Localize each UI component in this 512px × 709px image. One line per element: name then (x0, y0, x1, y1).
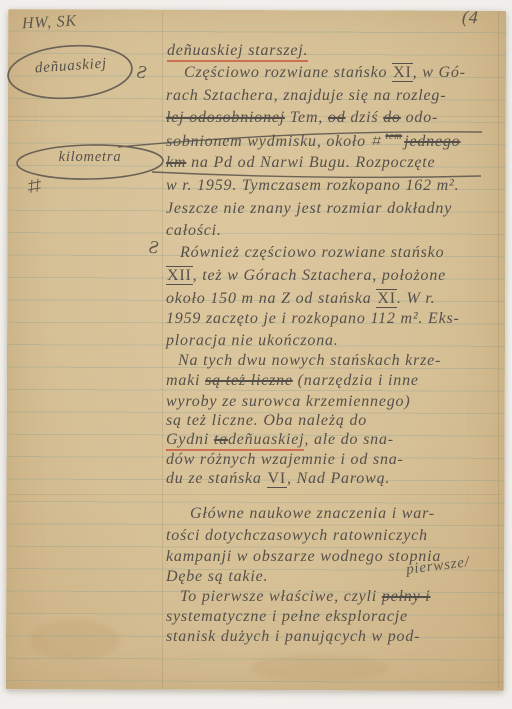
fold-crease-horizontal-bottom (8, 494, 502, 495)
paragraph-mark-2: Ƨ (149, 238, 159, 258)
text-segment: du ze stańska (166, 470, 267, 487)
paper-stain (30, 620, 120, 660)
paper-stain (250, 655, 390, 681)
text-segment: dów różnych wzajemnie i od sna- (166, 451, 404, 468)
text-segment: systematyczne i pełne eksploracje (166, 608, 408, 625)
text-segment: na Pd od Narwi Bugu. Rozpoczęte (186, 154, 435, 171)
manuscript-line: w r. 1959. Tymczasem rozkopano 162 m². (166, 177, 459, 195)
text-segment: . W r. (397, 290, 436, 307)
text-segment: XII (166, 266, 193, 285)
text-segment: są też liczne. Oba należą do (166, 412, 367, 429)
text-segment: kampanji w obszarze wodnego stopnia (166, 548, 441, 565)
text-segment: XI (376, 289, 396, 308)
manuscript-line: Również częściowo rozwiane stańsko (180, 244, 444, 262)
text-segment: Tem, (285, 109, 328, 126)
text-segment: , też w Górach Sztachera, położone (193, 267, 446, 284)
text-segment: Dębe są takie. (166, 568, 268, 585)
text-segment: ta (214, 431, 228, 451)
text-segment: dziś (346, 109, 384, 126)
text-segment: rach Sztachera, znajduje się na rozleg- (166, 87, 446, 104)
manuscript-line: Częściowo rozwiane stańsko XI, w Gó- (184, 64, 466, 82)
manuscript-line: całości. (166, 222, 222, 240)
text-segment: XI (392, 63, 412, 82)
text-segment: od (328, 109, 346, 126)
text-segment: sobnionem wydmisku, około (166, 133, 371, 150)
margin-word-kilometra: kilometra (34, 150, 146, 166)
fold-crease-vertical (162, 12, 163, 688)
text-segment: wyroby ze surowca krzemiennego) (166, 393, 410, 410)
scanned-page: HW, SK (4 deñuaskiej kilometra deñuaskie… (0, 0, 512, 709)
paragraph-mark-1: Ƨ (136, 63, 147, 83)
text-segment: około 150 m na Z od stańska (166, 290, 376, 307)
text-segment: , ale do sna- (304, 431, 394, 448)
manuscript-line: deñuaskiej starszej. (167, 42, 308, 60)
text-segment: do (383, 109, 401, 126)
text-segment: VI (267, 470, 287, 488)
manuscript-line: kampanji w obszarze wodnego stopnia (166, 548, 441, 566)
text-segment: pełny i (382, 588, 431, 605)
text-segment: łej odosobnionej (166, 109, 285, 126)
text-segment: 1959 zaczęto je i rozkopano 112 m². Eks- (166, 310, 460, 327)
manuscript-line: Jeszcze nie znany jest rozmiar dokładny (166, 200, 452, 218)
text-segment: , w Gó- (413, 64, 466, 81)
manuscript-line: Dębe są takie. (166, 568, 268, 586)
manuscript-line: łej odosobnionej Tem, od dziś do odo- (166, 109, 438, 127)
text-segment: Jeszcze nie znany jest rozmiar dokładny (166, 200, 452, 217)
manuscript-line: XII, też w Górach Sztachera, położone (166, 267, 446, 285)
text-segment: km (166, 154, 186, 171)
text-segment: (narzędzia i inne (293, 372, 419, 389)
manuscript-line: są też liczne. Oba należą do (166, 412, 367, 430)
page-number: (4 (461, 8, 479, 29)
initials-annotation: HW, SK (22, 13, 78, 33)
manuscript-line: wyroby ze surowca krzemiennego) (166, 393, 410, 411)
text-segment: deñuaskiej starszej. (167, 42, 308, 62)
manuscript-line: 1959 zaczęto je i rozkopano 112 m². Eks- (166, 310, 460, 328)
manuscript-line: około 150 m na Z od stańska XI. W r. (166, 290, 435, 308)
text-segment: Główne naukowe znaczenia i war- (190, 505, 435, 522)
manuscript-line: Główne naukowe znaczenia i war- (190, 505, 435, 523)
paper-edge-fold (498, 12, 499, 688)
text-segment: To pierwsze właściwe, czyli (180, 588, 382, 605)
manuscript-line: ploracja nie ukończona. (166, 332, 339, 350)
text-segment: tości dotychczasowych ratowniczych (166, 527, 428, 544)
text-segment: tem (385, 131, 402, 142)
text-segment: Również częściowo rozwiane stańsko (180, 244, 444, 261)
text-segment: całości. (166, 222, 222, 239)
text-segment: odo- (401, 109, 438, 126)
text-segment: jednego (404, 133, 460, 150)
text-segment: ⌗ (371, 133, 386, 150)
manuscript-line: sobnionem wydmisku, około ⌗ temjednego (166, 131, 460, 151)
manuscript-line: Gydni tadeñuaskiej, ale do sna- (166, 431, 394, 449)
manuscript-line: dów różnych wzajemnie i od sna- (166, 451, 404, 469)
text-segment: ploracja nie ukończona. (166, 332, 339, 349)
manuscript-line: Na tych dwu nowych stańskach krze- (178, 352, 441, 370)
text-segment: Częściowo rozwiane stańsko (184, 64, 392, 81)
text-segment: , Nad Parową. (287, 470, 390, 487)
text-segment: deñuaskiej (228, 431, 304, 451)
text-segment: stanisk dużych i panujących w pod- (166, 628, 420, 645)
manuscript-line: rach Sztachera, znajduje się na rozleg- (166, 87, 446, 105)
manuscript-line: du ze stańska VI, Nad Parową. (166, 470, 390, 488)
manuscript-line: tości dotychczasowych ratowniczych (166, 527, 428, 545)
text-segment: w r. 1959. Tymczasem rozkopano 162 m². (166, 177, 459, 194)
manuscript-line: stanisk dużych i panujących w pod- (166, 628, 420, 646)
text-segment: Gydni (166, 431, 214, 451)
manuscript-line: To pierwsze właściwe, czyli pełny i (180, 588, 431, 606)
text-segment: maki (166, 372, 205, 389)
manuscript-line: km na Pd od Narwi Bugu. Rozpoczęte (166, 154, 435, 172)
manuscript-line: maki są też liczne (narzędzia i inne (166, 372, 419, 390)
text-segment: Na tych dwu nowych stańskach krze- (178, 352, 441, 369)
text-segment: są też liczne (205, 372, 293, 389)
manuscript-line: systematyczne i pełne eksploracje (166, 608, 408, 626)
